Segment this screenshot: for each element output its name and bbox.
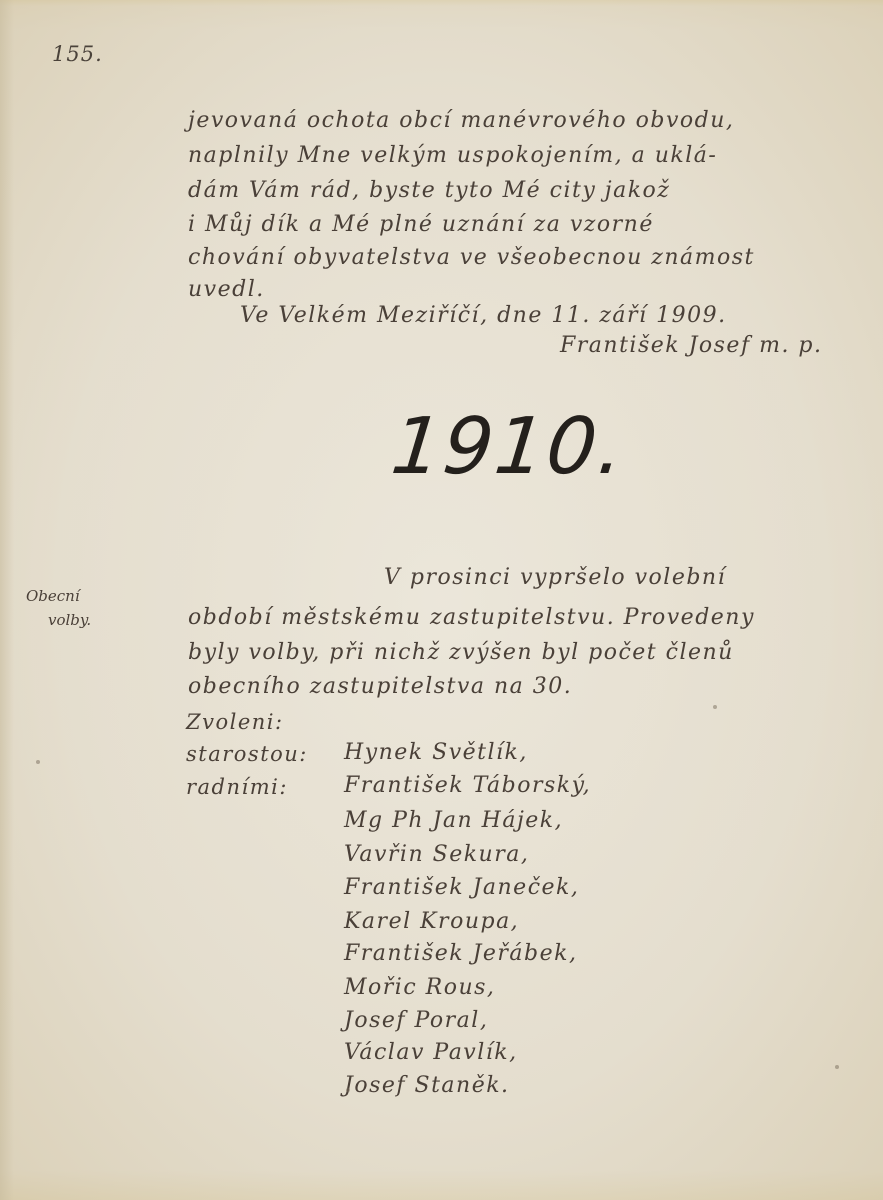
councillor-name: Mořic Rous, xyxy=(344,975,495,1000)
councillor-name: Mg Ph Jan Hájek, xyxy=(344,808,563,833)
paper-speck xyxy=(713,705,717,709)
councillor-name: František Jeřábek, xyxy=(344,941,577,966)
paragraph-line: V prosinci vypršelo volební xyxy=(384,565,726,590)
councillor-name: František Táborský, xyxy=(344,773,591,798)
councillor-name: Karel Kroupa, xyxy=(344,909,519,934)
margin-note-line: volby. xyxy=(26,608,91,632)
mayor-name: Hynek Světlík, xyxy=(344,740,528,765)
decree-line: chování obyvatelstva ve všeobecnou známo… xyxy=(188,245,755,270)
paper-speck xyxy=(346,1088,350,1092)
councillor-name: Vavřin Sekura, xyxy=(344,842,529,867)
margin-note-line: Obecní xyxy=(26,584,91,608)
chronicle-page: 155. jevovaná ochota obcí manévrového ob… xyxy=(0,0,883,1200)
decree-line: naplnily Mne velkým uspokojením, a uklá- xyxy=(188,143,717,168)
paper-speck xyxy=(835,1065,839,1069)
mayor-label: starostou: xyxy=(186,742,308,766)
elected-label: Zvoleni: xyxy=(186,710,284,734)
councillors-label: radními: xyxy=(186,775,288,799)
councillor-name: Josef Poral, xyxy=(344,1008,488,1033)
councillor-name: Josef Staněk. xyxy=(344,1073,510,1098)
councillor-name: Václav Pavlík, xyxy=(344,1040,518,1065)
page-number: 155. xyxy=(52,42,103,66)
decree-line: jevovaná ochota obcí manévrového obvodu, xyxy=(188,108,734,133)
decree-line: dám Vám rád, byste tyto Mé city jakož xyxy=(188,178,670,203)
paragraph-line: obecního zastupitelstva na 30. xyxy=(188,674,572,699)
place-date: Ve Velkém Meziříčí, dne 11. září 1909. xyxy=(240,303,727,328)
signature: František Josef m. p. xyxy=(560,333,823,358)
decree-line: uvedl. xyxy=(188,277,265,302)
decree-line: i Můj dík a Mé plné uznání za vzorné xyxy=(188,212,654,237)
councillor-name: František Janeček, xyxy=(344,875,579,900)
paper-speck xyxy=(36,760,40,764)
paragraph-line: byly volby, při nichž zvýšen byl počet č… xyxy=(188,640,734,665)
year-heading: 1910. xyxy=(387,402,630,492)
paragraph-line: období městskému zastupitelstvu. Provede… xyxy=(188,605,755,630)
margin-note: Obecní volby. xyxy=(26,584,91,632)
